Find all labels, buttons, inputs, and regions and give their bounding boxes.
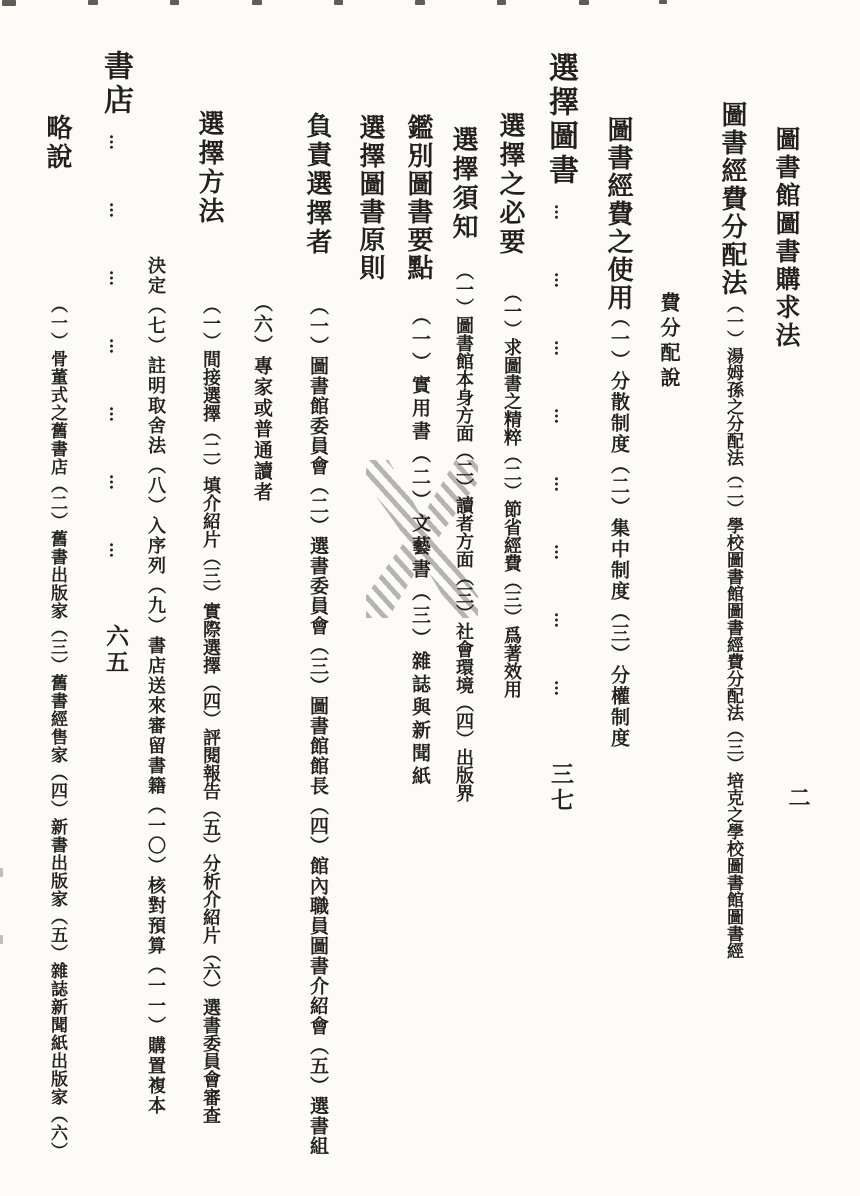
- toc-section-methods-heading: 選擇方法: [191, 110, 228, 226]
- scan-artifact: [659, 0, 667, 4]
- toc-chapter-bookstores: 書店…………………六五: [93, 50, 137, 676]
- scan-artifact: [88, 0, 98, 5]
- scan-artifact: [0, 935, 3, 944]
- toc-chapter-select-books-page: 三七: [547, 762, 574, 814]
- toc-chapter-select-books: 選擇圖書……………………三七: [538, 52, 582, 814]
- scan-artifact: [170, 0, 179, 5]
- scan-artifact: [415, 0, 425, 5]
- toc-section-budget-use-items: （一）分散制度（二）集中制度（三）分權制度: [606, 308, 633, 749]
- scan-artifact: [579, 0, 589, 5]
- toc-section-appraisal-items: （一）實用書（二）文藝書（三）雜誌與新聞紙: [407, 306, 434, 789]
- toc-section-outline-heading: 略說: [39, 114, 76, 172]
- toc-section-notes-heading: 選擇須知: [445, 126, 482, 242]
- toc-section-selectors-items-wrap: （六）專家或普通讀者: [249, 293, 276, 503]
- toc-section-methods-items: （一）間接選擇（二）填介紹片（三）實際選擇（四）評閱報告（五）分析介紹片（六）選…: [197, 296, 223, 1124]
- scan-artifact: [2, 0, 16, 6]
- folio-number: 二: [783, 786, 814, 808]
- toc-section-budget-allocation-items: （一）湯姆孫之分配法（二）學校圖書館圖書經費分配法（三）培克之學校圖書館圖書經: [721, 296, 746, 959]
- toc-section-selectors-heading: 負責選擇者: [299, 112, 336, 257]
- toc-section-selectors-items: （一）圖書館委員會（二）選書委員會（三）圖書館館長（四）館內職員圖書介紹會（五）…: [305, 296, 332, 1156]
- toc-section-necessity-heading: 選擇之必要: [492, 112, 529, 257]
- dot-leader: ……………………: [551, 204, 570, 748]
- scan-artifact: [0, 868, 3, 877]
- toc-section-methods-items-wrap: 決定（七）註明取舍法（八）入序列（九）書店送來審留書籍（一〇）核對預算（一一）購…: [142, 256, 168, 1116]
- toc-section-appraisal-heading: 鑑別圖書要點: [400, 114, 437, 282]
- toc-section-outline-items: （一）骨董式之舊書店（二）舊書出版家（三）舊書經售家（四）新書出版家（五）雜誌新…: [45, 296, 70, 1160]
- toc-chapter-select-books-title: 選擇圖書: [543, 52, 578, 188]
- toc-section-principles-heading: 選擇圖書原則: [352, 114, 389, 282]
- scanned-page: 圖書館圖書購求法 二 圖書經費分配法 （一）湯姆孫之分配法（二）學校圖書館圖書經…: [0, 0, 860, 1196]
- scan-artifact: [497, 0, 506, 5]
- toc-chapter-bookstores-page: 六五: [102, 624, 129, 676]
- scan-artifact: [252, 0, 262, 5]
- toc-chapter-bookstores-title: 書店: [98, 50, 133, 118]
- toc-section-budget-allocation-heading: 圖書經費分配法: [714, 101, 751, 297]
- running-title: 圖書館圖書購求法: [768, 126, 804, 350]
- toc-section-budget-use-heading: 圖書經費之使用: [600, 116, 637, 312]
- toc-section-notes-items: （一）圖書館本身方面（二）讀者方面（三）社會環境（四）出版界: [450, 262, 476, 802]
- scan-artifact: [334, 0, 343, 5]
- toc-section-budget-allocation-items-wrap: 費分配說: [655, 292, 684, 392]
- toc-section-necessity-items: （一）求圖書之精粹（二）節省經費（三）爲著效用: [498, 284, 524, 698]
- dot-leader: …………………: [106, 134, 125, 610]
